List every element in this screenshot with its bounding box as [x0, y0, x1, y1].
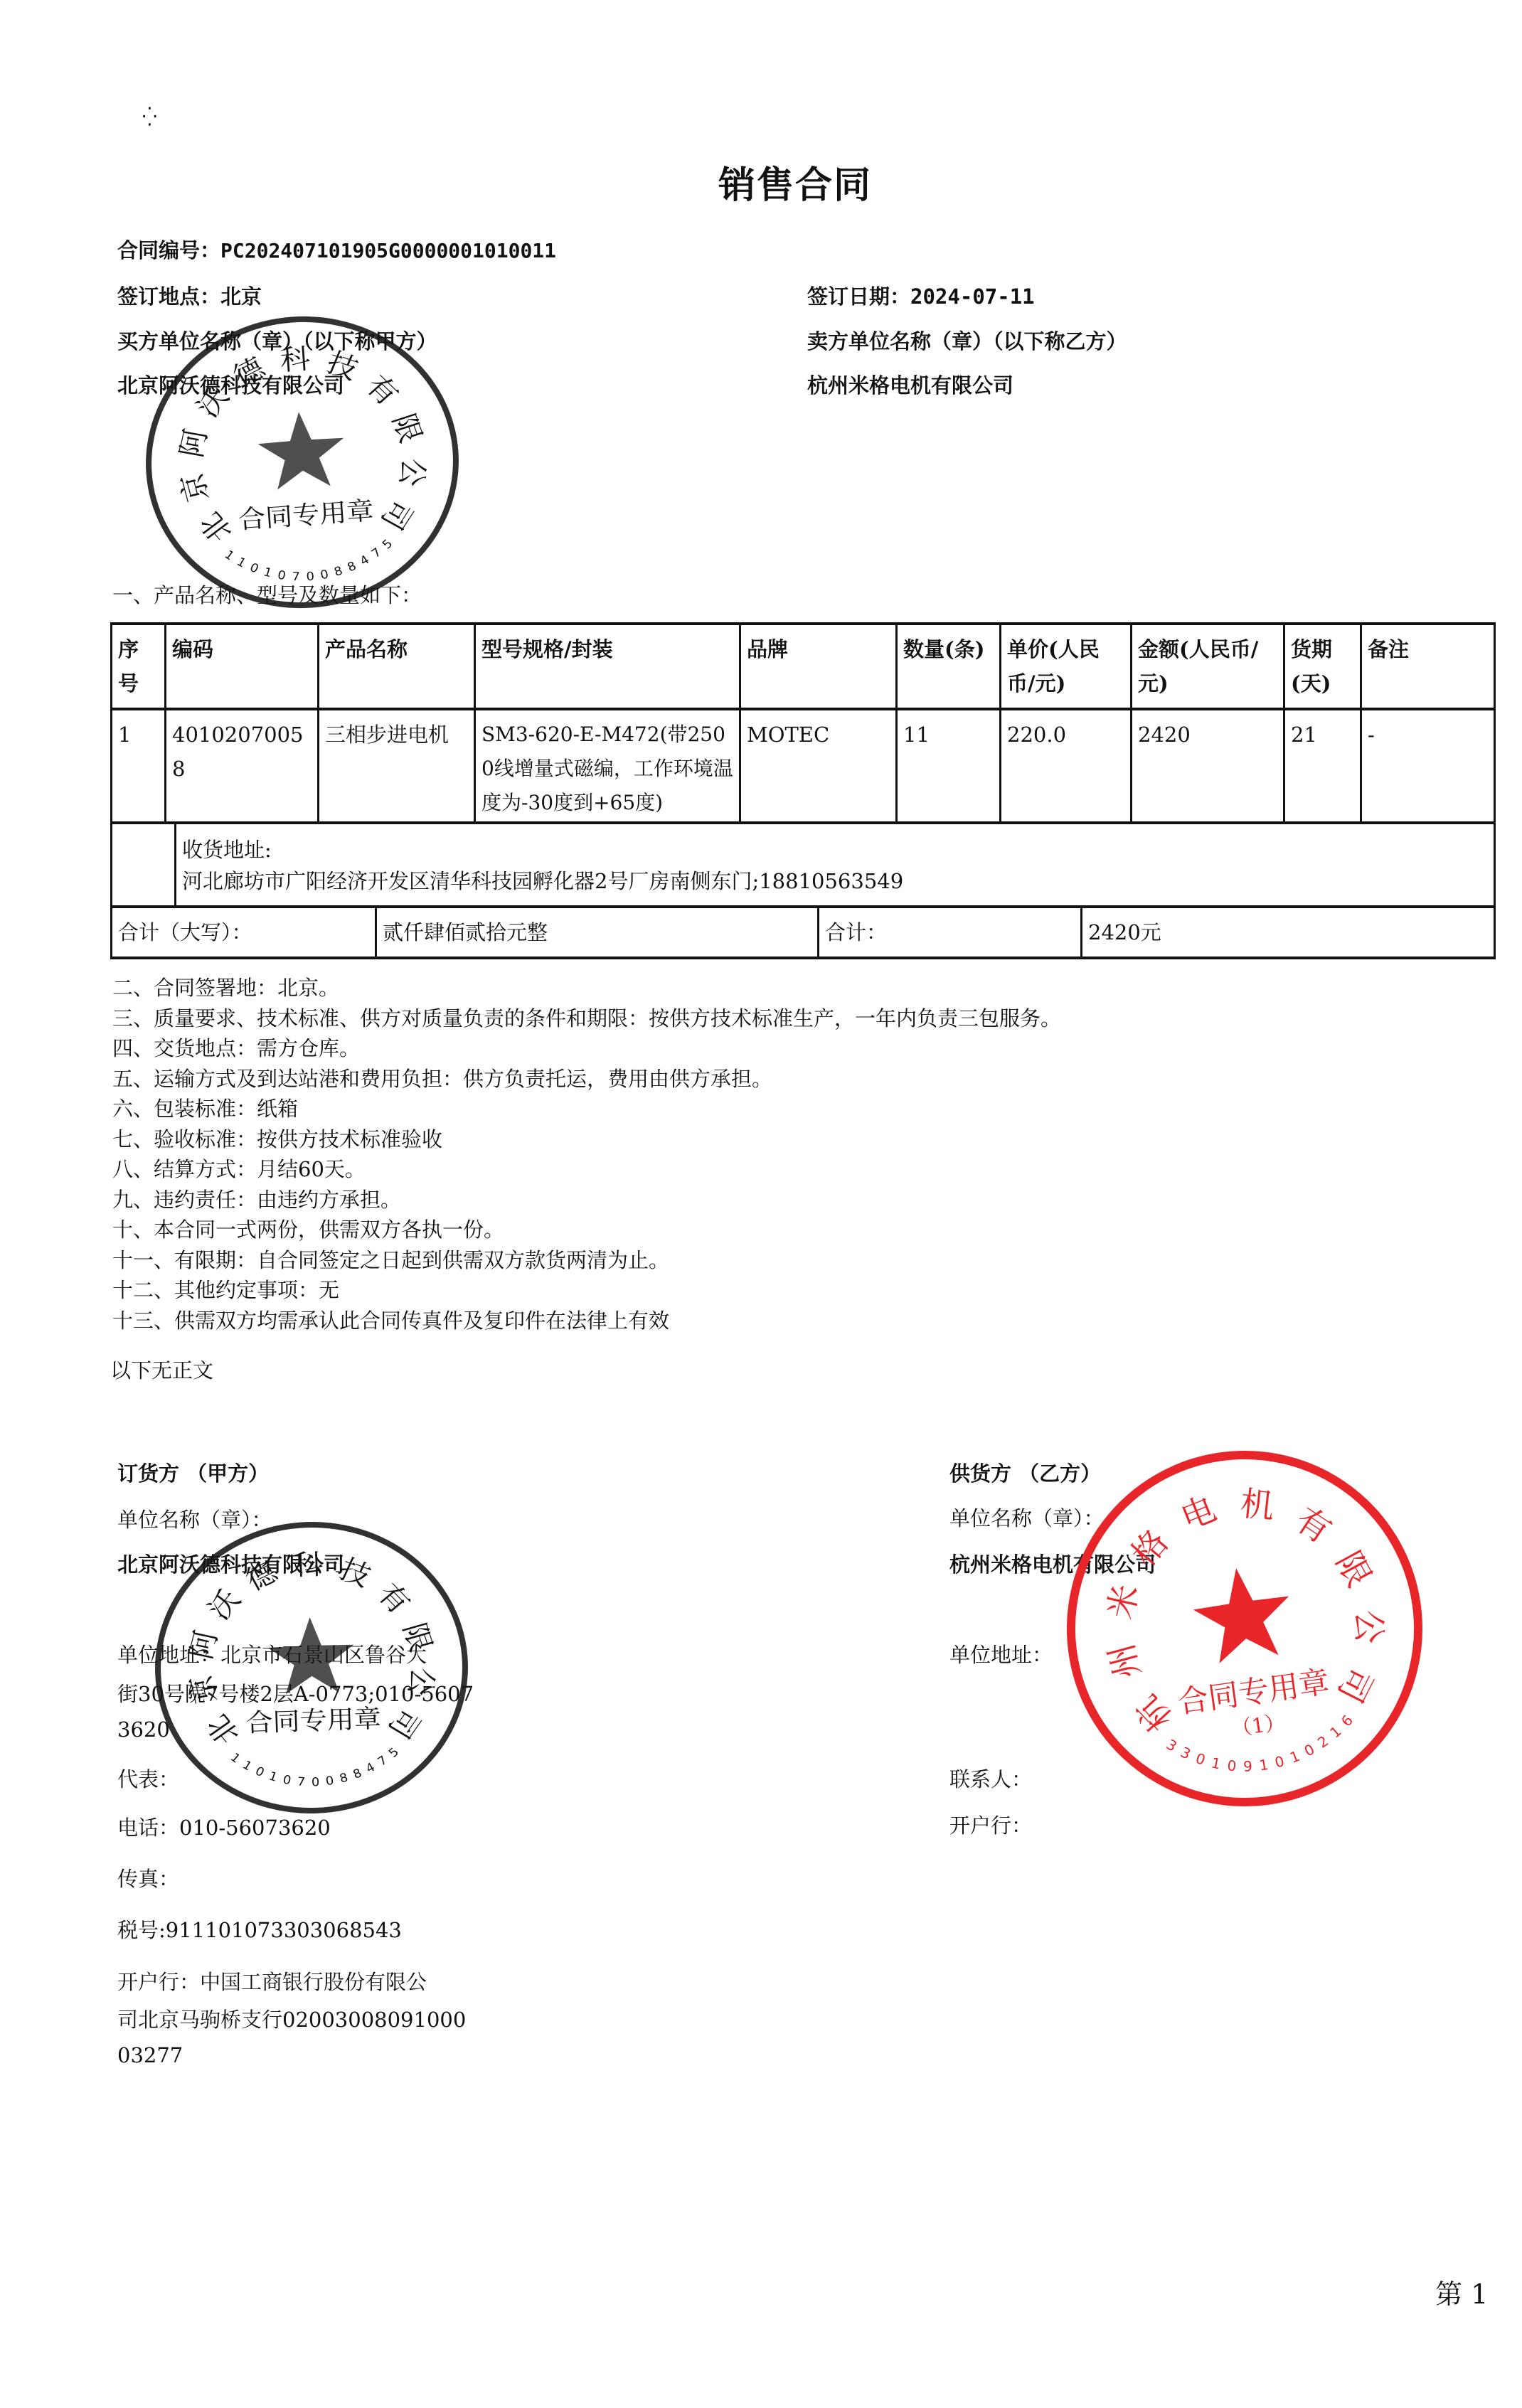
party-a-tax-no: 税号:911101073303068543 [117, 1914, 402, 1944]
svg-text:3: 3 [1178, 1743, 1193, 1762]
party-a-unit-name-label: 单位名称（章）： [117, 1504, 272, 1533]
sign-place: 签订地点：北京 [117, 281, 262, 310]
svg-text:1: 1 [262, 565, 274, 580]
svg-text:公: 公 [1348, 1609, 1388, 1643]
th-model-spec: 型号规格/封装 [476, 625, 741, 710]
svg-text:公: 公 [393, 457, 432, 488]
clause-item: 二、合同签署地：北京。 [112, 973, 1061, 1003]
th-quantity: 数量(条) [898, 625, 1001, 710]
svg-text:1: 1 [240, 1758, 254, 1774]
page-number: 第 1 [1435, 2272, 1488, 2311]
svg-text:电: 电 [1176, 1489, 1222, 1538]
clause-item: 十三、供需双方均需承认此合同传真件及复印件在法律上有效 [112, 1306, 1061, 1336]
th-code: 编码 [166, 625, 319, 710]
party-a-fax: 传真： [117, 1863, 179, 1892]
svg-text:合同专用章: 合同专用章 [1176, 1664, 1331, 1720]
svg-text:（1）: （1） [1230, 1710, 1287, 1741]
party-b-unit-name: 杭州米格电机有限公司 [949, 1549, 1156, 1578]
sign-date-label: 签订日期： [807, 284, 910, 309]
seller-name: 杭州米格电机有限公司 [807, 370, 1013, 399]
delivery-address-cell: 收货地址: 河北廊坊市广阳经济开发区清华科技园孵化器2号厂房南侧东门;18810… [176, 824, 1496, 908]
clause-item: 七、验收标准：按供方技术标准验收 [112, 1124, 1061, 1155]
svg-text:1: 1 [234, 555, 248, 570]
svg-text:0: 0 [1193, 1749, 1208, 1769]
table-cell-quantity: 11 [898, 710, 1001, 824]
scan-speck: ⁛ [142, 107, 157, 128]
party-b-contact-label: 联系人： [949, 1764, 1032, 1793]
svg-text:京: 京 [174, 470, 215, 506]
clause-item: 四、交货地点：需方仓库。 [112, 1033, 1061, 1064]
svg-text:3: 3 [1164, 1736, 1181, 1755]
svg-text:7: 7 [376, 1754, 390, 1769]
svg-text:4: 4 [363, 1761, 378, 1776]
buyer-label: 买方单位名称（章）（以下称甲方） [117, 326, 437, 355]
svg-text:0: 0 [282, 1773, 292, 1788]
sign-place-value: 北京 [220, 284, 262, 309]
th-index: 序号 [112, 625, 166, 710]
svg-text:8: 8 [346, 559, 359, 575]
clause-item: 十一、有限期：自合同签定之日起到供需双方款货两清为止。 [112, 1245, 1061, 1276]
sign-date-value: 2024-07-11 [910, 284, 1035, 309]
party-b-unit-name-label: 单位名称（章）： [949, 1503, 1105, 1532]
clauses-list: 二、合同签署地：北京。三、质量要求、技术标准、供方对质量负责的条件和期限：按供方… [112, 973, 1061, 1336]
table-cell-product-name: 三相步进电机 [319, 710, 476, 824]
party-a-unit-name: 北京阿沃德科技有限公司 [117, 1549, 344, 1578]
clause-item: 三、质量要求、技术标准、供方对质量负责的条件和期限：按供方技术标准生产，一年内负… [112, 1003, 1061, 1034]
table-cell-amount: 2420 [1132, 710, 1285, 824]
buyer-name: 北京阿沃德科技有限公司 [117, 370, 344, 399]
svg-text:限: 限 [385, 410, 429, 447]
party-a-bank-line-2: 司北京马驹桥支行02003008091000 [117, 2004, 466, 2033]
seller-label: 卖方单位名称（章）（以下称乙方） [807, 326, 1127, 355]
party-b-bank-label: 开户行： [949, 1810, 1032, 1839]
table-cell-code: 40102070058 [166, 710, 319, 824]
svg-text:合同专用章: 合同专用章 [238, 496, 375, 535]
party-a-phone: 电话：010-56073620 [117, 1812, 331, 1841]
document-title: 销售合同 [718, 155, 872, 208]
svg-text:8: 8 [351, 1767, 364, 1782]
party-a-bank-line-3: 03277 [117, 2043, 183, 2067]
svg-text:米: 米 [1101, 1581, 1146, 1622]
svg-text:司: 司 [374, 494, 420, 535]
section-1-heading: 一、产品名称、型号及数量如下： [112, 580, 422, 609]
svg-text:0: 0 [325, 1774, 335, 1789]
svg-text:7: 7 [297, 1775, 306, 1789]
svg-text:0: 0 [1227, 1757, 1238, 1774]
th-unit-price: 单价(人民币/元) [1001, 625, 1132, 710]
svg-text:0: 0 [248, 561, 261, 577]
svg-text:北: 北 [193, 506, 239, 549]
delivery-address-value: 河北廊坊市广阳经济开发区清华科技园孵化器2号厂房南侧东门;18810563549 [182, 865, 1488, 897]
table-cell-remarks: - [1362, 710, 1496, 824]
svg-text:沃: 沃 [201, 1583, 248, 1625]
party-a-bank-line-1: 开户行：中国工商银行股份有限公 [117, 1966, 427, 1996]
seal-star-icon [256, 409, 347, 491]
table-cell-model-spec: SM3-620-E-M472(带2500线增量式磁编，工作环境温度为-30度到+… [476, 710, 741, 824]
seal-star-icon [1188, 1562, 1297, 1666]
svg-text:5: 5 [386, 1745, 402, 1760]
party-a-address-line-2: 街30号院7号楼2层A-0773;010-5607 [117, 1678, 474, 1708]
svg-text:1: 1 [1326, 1722, 1344, 1741]
clause-item: 十二、其他约定事项：无 [112, 1275, 1061, 1306]
th-amount: 金额(人民币/元) [1132, 625, 1285, 710]
svg-text:有: 有 [1288, 1500, 1338, 1551]
svg-text:有: 有 [359, 369, 405, 412]
seller-company-seal: 杭州米格电机有限公司合同专用章（1）3301091010216 [1044, 1428, 1446, 1830]
svg-text:8: 8 [333, 564, 345, 580]
svg-text:司: 司 [381, 1703, 427, 1744]
svg-text:0: 0 [253, 1764, 267, 1780]
svg-text:1: 1 [1287, 1747, 1302, 1767]
contract-number-label: 合同编号： [117, 238, 220, 262]
party-a-address-line-1: 单位地址：北京市石景山区鲁谷大 [117, 1639, 427, 1668]
table-cell-brand: MOTEC [741, 710, 898, 824]
contract-number: 合同编号：PC202407101905G0000001010011 [117, 235, 556, 264]
party-b-heading: 供货方 （乙方） [949, 1458, 1101, 1487]
clause-item: 五、运输方式及到达站港和费用负担：供方负责托运，费用由供方承担。 [112, 1064, 1061, 1094]
svg-text:北: 北 [200, 1709, 246, 1751]
party-a-heading: 订货方 （甲方） [117, 1458, 269, 1487]
svg-text:0: 0 [1302, 1740, 1317, 1759]
svg-text:杭: 杭 [1128, 1687, 1180, 1738]
th-product-name: 产品名称 [319, 625, 476, 710]
svg-text:1: 1 [1258, 1756, 1270, 1774]
svg-text:5: 5 [380, 537, 396, 552]
th-lead-time: 货期(天) [1285, 625, 1362, 710]
svg-text:7: 7 [369, 545, 385, 561]
delivery-spacer-cell [112, 824, 176, 908]
table-cell-unit-price: 220.0 [1001, 710, 1132, 824]
svg-text:合同专用章: 合同专用章 [245, 1704, 382, 1738]
party-b-address-label: 单位地址： [949, 1639, 1053, 1668]
total-value: 2420元 [1082, 908, 1496, 959]
svg-text:1: 1 [267, 1769, 279, 1785]
svg-text:机: 机 [1238, 1484, 1276, 1527]
svg-text:0: 0 [312, 1776, 320, 1790]
contract-number-value: PC202407101905G0000001010011 [220, 239, 556, 262]
svg-text:司: 司 [1330, 1661, 1380, 1708]
svg-text:州: 州 [1102, 1639, 1149, 1682]
svg-text:1: 1 [221, 548, 236, 563]
party-a-representative: 代表： [117, 1764, 179, 1793]
total-caps-label: 合计（大写）： [112, 908, 377, 959]
svg-text:1: 1 [228, 1751, 243, 1767]
end-note: 以下无正文 [110, 1355, 213, 1384]
svg-text:6: 6 [1338, 1712, 1356, 1730]
svg-text:限: 限 [1328, 1545, 1378, 1594]
clause-item: 六、包装标准：纸箱 [112, 1094, 1061, 1124]
clause-item: 九、违约责任：由违约方承担。 [112, 1185, 1061, 1215]
svg-text:8: 8 [338, 1771, 349, 1786]
total-label: 合计： [819, 908, 1082, 959]
svg-text:9: 9 [1243, 1757, 1252, 1774]
product-table: 序号 编码 产品名称 型号规格/封装 品牌 数量(条) 单价(人民币/元) 金额… [110, 622, 1496, 959]
table-cell-index: 1 [112, 710, 166, 824]
svg-text:阿: 阿 [174, 426, 214, 459]
th-remarks: 备注 [1362, 625, 1496, 710]
svg-text:4: 4 [358, 553, 372, 569]
clause-item: 十、本合同一式两份，供需双方各执一份。 [112, 1215, 1061, 1245]
svg-text:有: 有 [371, 1577, 417, 1620]
party-a-address-line-3: 3620 [117, 1717, 170, 1742]
svg-text:1: 1 [1210, 1754, 1222, 1772]
svg-text:0: 0 [1273, 1752, 1286, 1771]
delivery-address-label: 收货地址: [182, 834, 1488, 865]
total-caps-value: 贰仟肆佰贰拾元整 [377, 908, 819, 959]
svg-text:2: 2 [1314, 1732, 1331, 1752]
clause-item: 八、结算方式：月结60天。 [112, 1154, 1061, 1185]
th-brand: 品牌 [741, 625, 898, 710]
table-cell-lead-time: 21 [1285, 710, 1362, 824]
sign-place-label: 签订地点： [117, 284, 220, 309]
sign-date: 签订日期：2024-07-11 [807, 281, 1035, 310]
